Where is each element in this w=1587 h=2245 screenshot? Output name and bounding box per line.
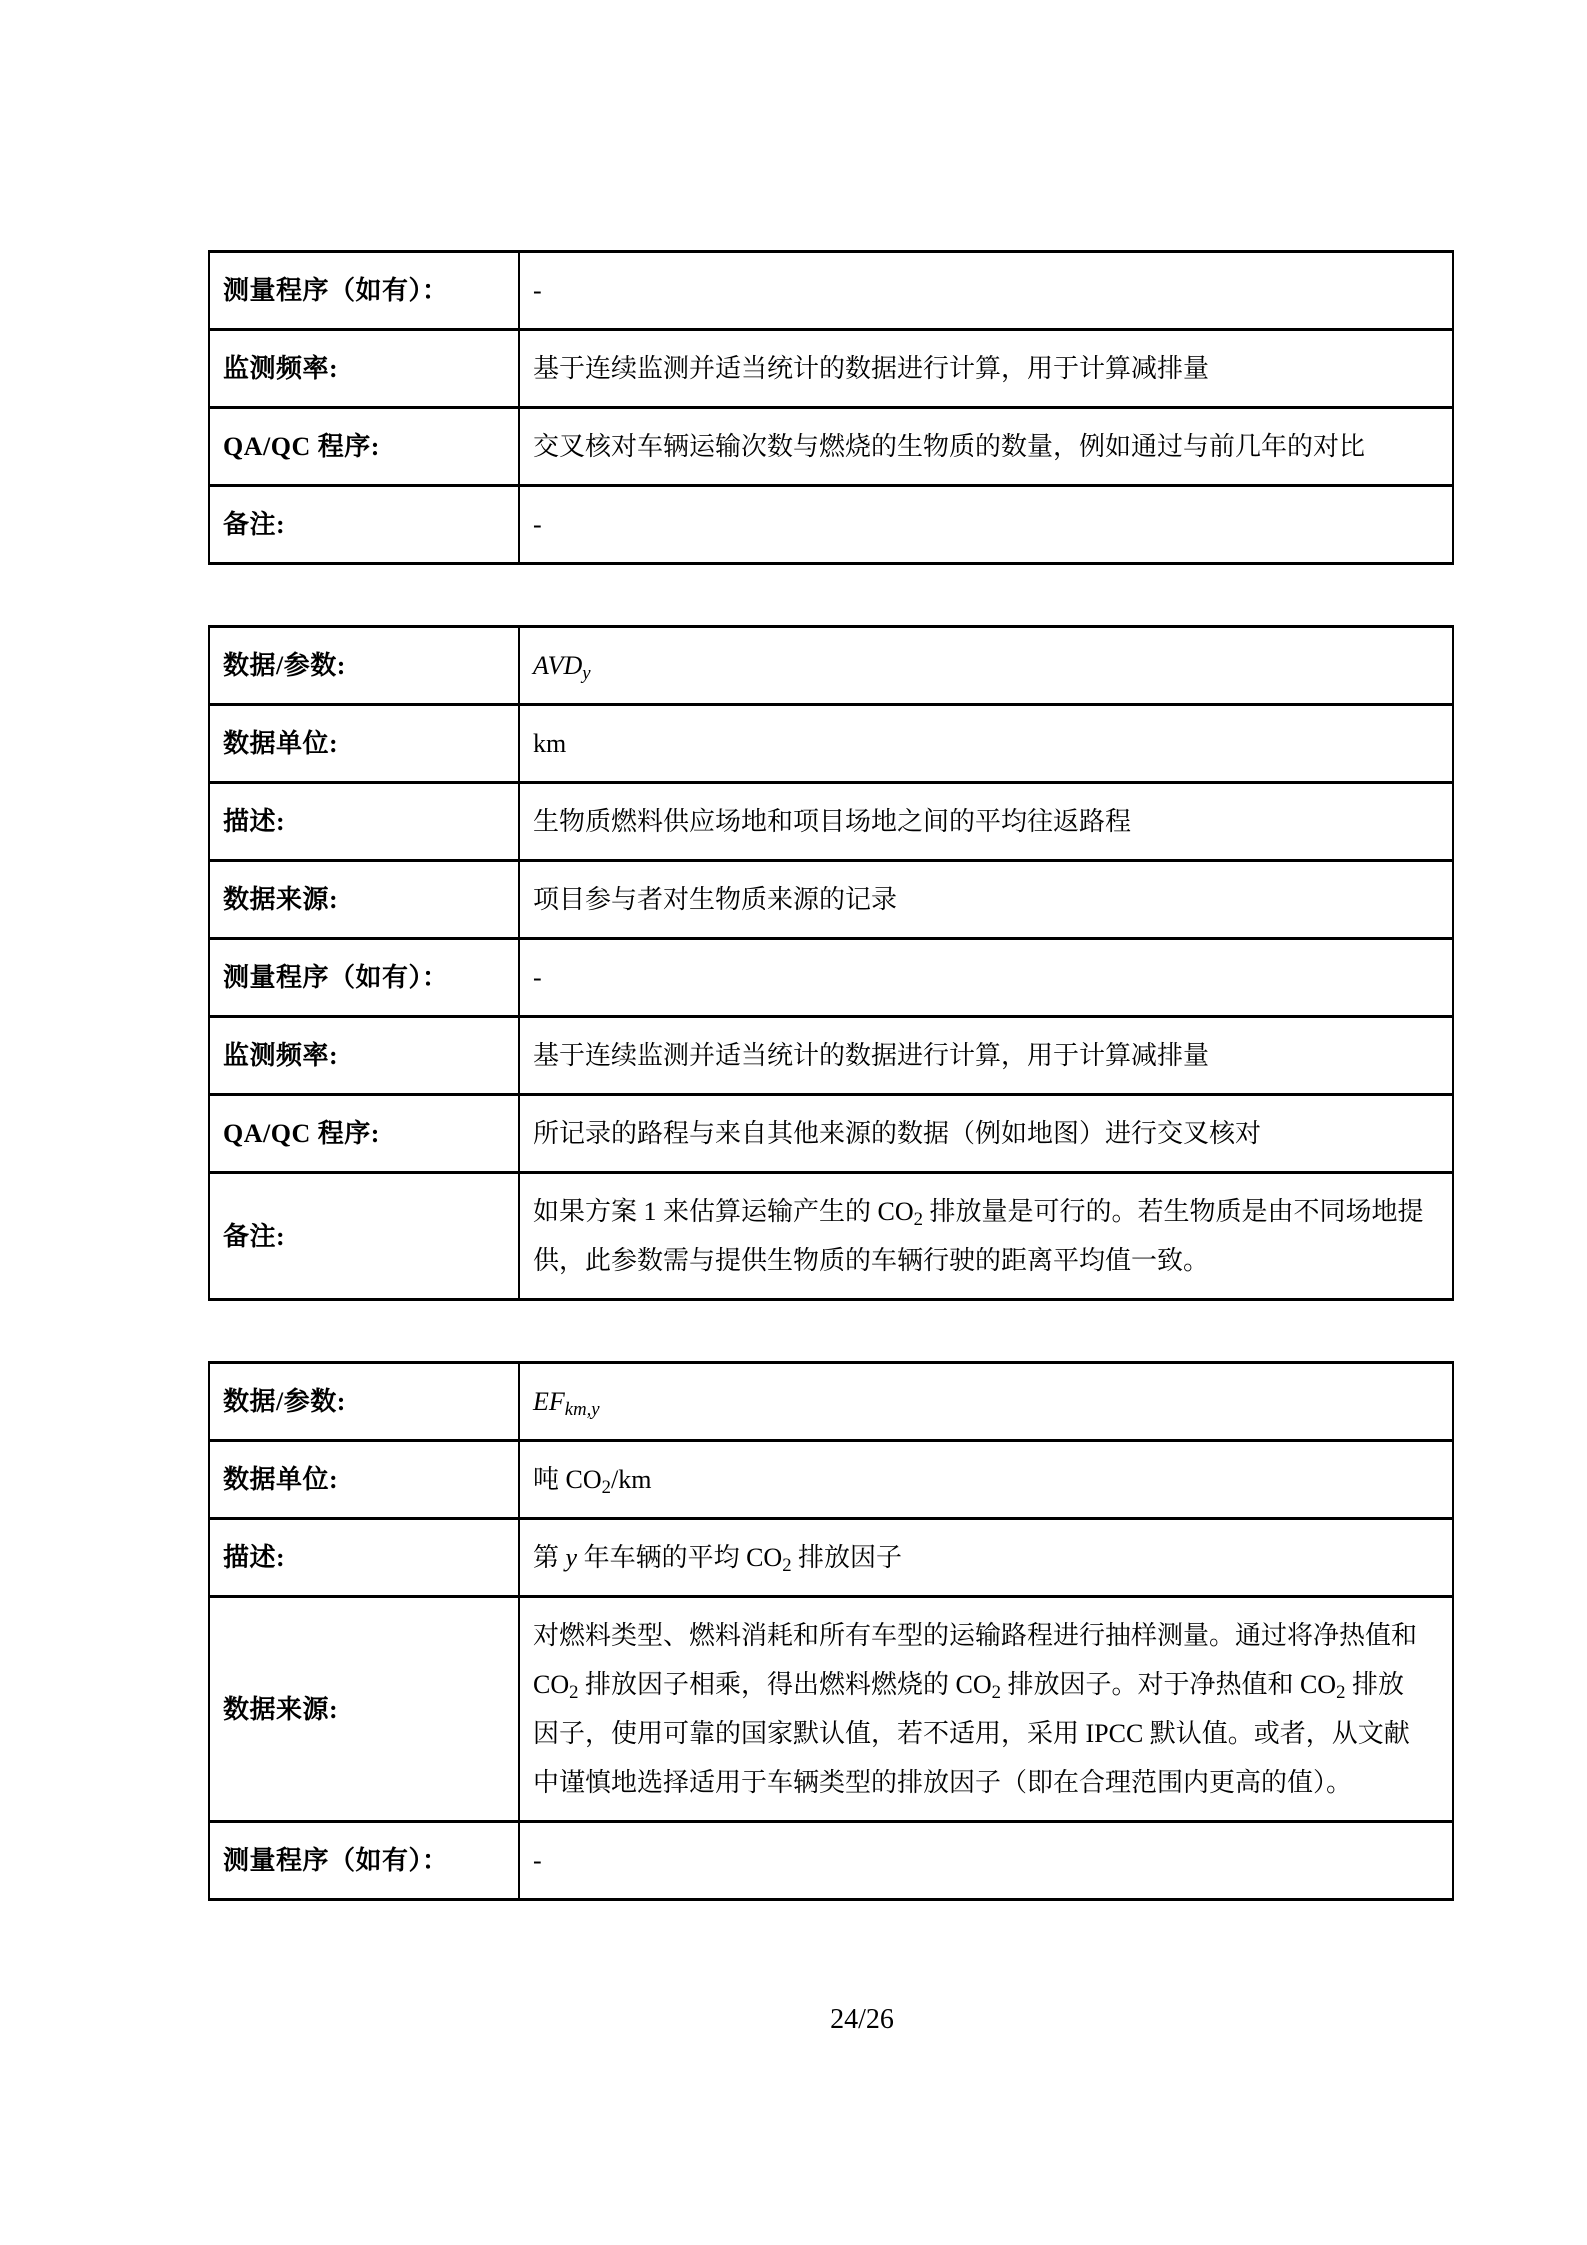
row-label-cell: 测量程序（如有）： [209, 1822, 519, 1900]
table-row: 测量程序（如有）： - [209, 252, 1453, 330]
row-value-cell: - [519, 252, 1453, 330]
table-row: 数据单位: 吨 CO2/km [209, 1441, 1453, 1519]
document-page: 测量程序（如有）： - 监测频率: 基于连续监测并适当统计的数据进行计算，用于计… [0, 0, 1587, 2245]
table-row: QA/QC 程序: 交叉核对车辆运输次数与燃烧的生物质的数量，例如通过与前几年的… [209, 408, 1453, 486]
table-row: 描述: 生物质燃料供应场地和项目场地之间的平均往返路程 [209, 783, 1453, 861]
row-label-cell: 数据单位: [209, 1441, 519, 1519]
row-label-cell: 数据来源: [209, 1597, 519, 1822]
row-value-cell: AVDy [519, 627, 1453, 705]
row-value-cell: - [519, 939, 1453, 1017]
table-row: 数据/参数: EFkm,y [209, 1363, 1453, 1441]
row-value-cell: 如果方案 1 来估算运输产生的 CO2 排放量是可行的。若生物质是由不同场地提供… [519, 1173, 1453, 1300]
table-row: 测量程序（如有）： - [209, 939, 1453, 1017]
row-label-cell: 数据单位: [209, 705, 519, 783]
row-value-cell: 对燃料类型、燃料消耗和所有车型的运输路程进行抽样测量。通过将净热值和 CO2 排… [519, 1597, 1453, 1822]
table-row: 监测频率: 基于连续监测并适当统计的数据进行计算，用于计算减排量 [209, 1017, 1453, 1095]
row-value-cell: km [519, 705, 1453, 783]
parameter-table-avd: 数据/参数: AVDy 数据单位: km 描述: 生物质燃料供应场地和项目场地之… [208, 625, 1454, 1301]
row-label-cell: 数据/参数: [209, 1363, 519, 1441]
table-row: 备注: - [209, 486, 1453, 564]
page-number: 24/26 [0, 2002, 1587, 2038]
row-label-cell: 描述: [209, 1519, 519, 1597]
row-label-cell: QA/QC 程序: [209, 1095, 519, 1173]
document-content: 测量程序（如有）： - 监测频率: 基于连续监测并适当统计的数据进行计算，用于计… [208, 250, 1454, 1961]
row-label-cell: 监测频率: [209, 1017, 519, 1095]
row-value-cell: 项目参与者对生物质来源的记录 [519, 861, 1453, 939]
row-value-cell: 基于连续监测并适当统计的数据进行计算，用于计算减排量 [519, 330, 1453, 408]
row-value-cell: - [519, 1822, 1453, 1900]
row-value-cell: 生物质燃料供应场地和项目场地之间的平均往返路程 [519, 783, 1453, 861]
row-label-cell: QA/QC 程序: [209, 408, 519, 486]
table-row: 数据单位: km [209, 705, 1453, 783]
table-row: 数据来源: 项目参与者对生物质来源的记录 [209, 861, 1453, 939]
table-row: 数据/参数: AVDy [209, 627, 1453, 705]
table-row: 测量程序（如有）： - [209, 1822, 1453, 1900]
row-value-cell: 基于连续监测并适当统计的数据进行计算，用于计算减排量 [519, 1017, 1453, 1095]
row-label-cell: 描述: [209, 783, 519, 861]
row-value-cell: EFkm,y [519, 1363, 1453, 1441]
row-label-cell: 监测频率: [209, 330, 519, 408]
parameter-table-ef: 数据/参数: EFkm,y 数据单位: 吨 CO2/km 描述: 第 y 年车辆… [208, 1361, 1454, 1901]
table-row: 监测频率: 基于连续监测并适当统计的数据进行计算，用于计算减排量 [209, 330, 1453, 408]
table-row: QA/QC 程序: 所记录的路程与来自其他来源的数据（例如地图）进行交叉核对 [209, 1095, 1453, 1173]
row-value-cell: - [519, 486, 1453, 564]
row-label-cell: 备注: [209, 1173, 519, 1300]
table-row: 数据来源: 对燃料类型、燃料消耗和所有车型的运输路程进行抽样测量。通过将净热值和… [209, 1597, 1453, 1822]
row-label-cell: 数据来源: [209, 861, 519, 939]
table-row: 描述: 第 y 年车辆的平均 CO2 排放因子 [209, 1519, 1453, 1597]
row-label-cell: 测量程序（如有）： [209, 252, 519, 330]
row-label-cell: 测量程序（如有）： [209, 939, 519, 1017]
table-row: 备注: 如果方案 1 来估算运输产生的 CO2 排放量是可行的。若生物质是由不同… [209, 1173, 1453, 1300]
row-value-cell: 交叉核对车辆运输次数与燃烧的生物质的数量，例如通过与前几年的对比 [519, 408, 1453, 486]
row-value-cell: 所记录的路程与来自其他来源的数据（例如地图）进行交叉核对 [519, 1095, 1453, 1173]
row-label-cell: 备注: [209, 486, 519, 564]
monitoring-parameter-table-1: 测量程序（如有）： - 监测频率: 基于连续监测并适当统计的数据进行计算，用于计… [208, 250, 1454, 565]
row-value-cell: 吨 CO2/km [519, 1441, 1453, 1519]
row-value-cell: 第 y 年车辆的平均 CO2 排放因子 [519, 1519, 1453, 1597]
row-label-cell: 数据/参数: [209, 627, 519, 705]
